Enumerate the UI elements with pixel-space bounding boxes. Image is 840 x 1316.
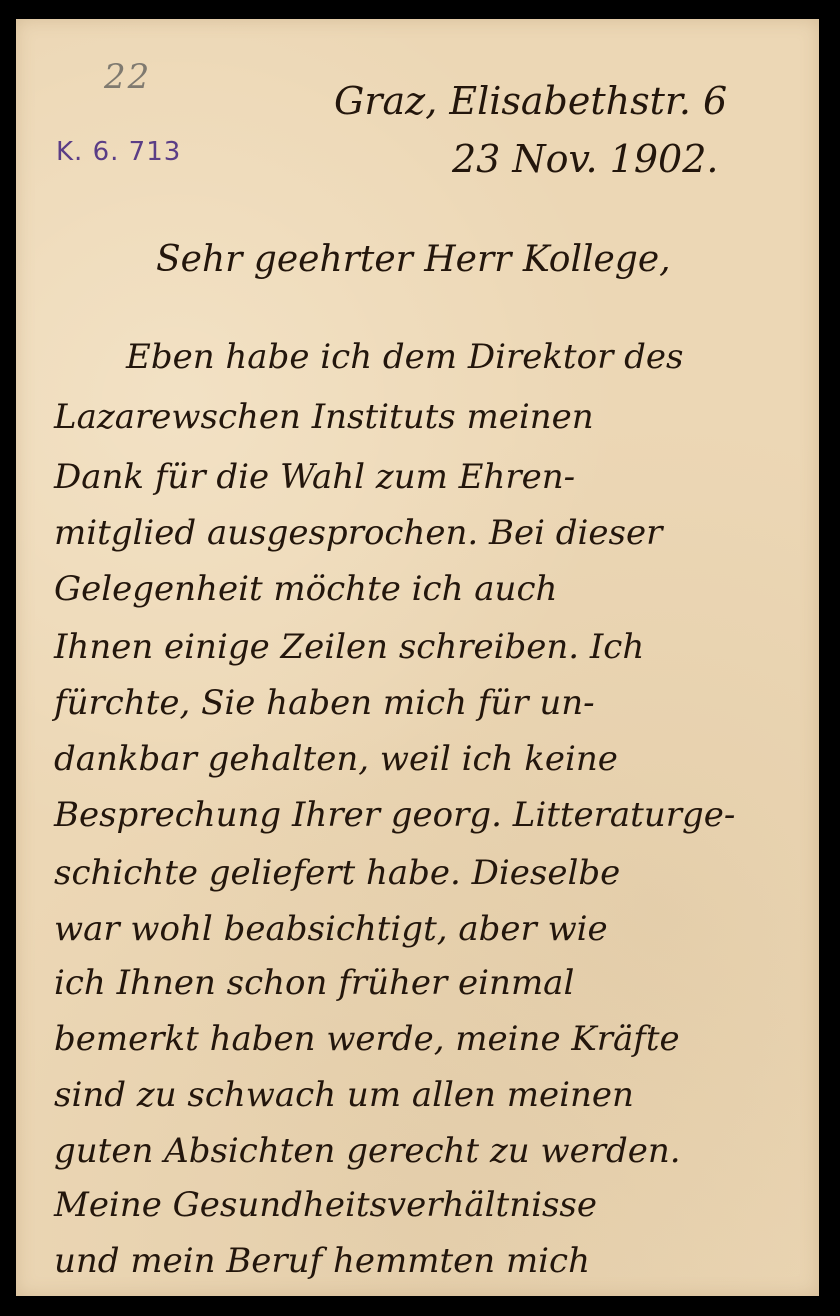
archive-signature-stamp: K. 6. 713 <box>56 137 181 167</box>
letter-salutation: Sehr geehrter Herr Kollege, <box>156 239 671 280</box>
body-line: war wohl beabsichtigt, aber wie <box>54 909 608 949</box>
body-line: ich Ihnen schon früher einmal <box>54 963 574 1003</box>
body-line: fürchte, Sie haben mich für un- <box>54 683 595 723</box>
body-line: Besprechung Ihrer georg. Litteraturge- <box>54 795 735 835</box>
body-line: Dank für die Wahl zum Ehren- <box>54 457 575 497</box>
body-line: mitglied ausgesprochen. Bei dieser <box>54 513 662 553</box>
body-line: Eben habe ich dem Direktor des <box>126 337 683 377</box>
body-line: Gelegenheit möchte ich auch <box>54 569 557 609</box>
body-line: und mein Beruf hemmten mich <box>54 1241 590 1281</box>
letter-date: 23 Nov. 1902. <box>452 137 718 181</box>
body-line: guten Absichten gerecht zu werden. <box>54 1131 681 1171</box>
body-line: Meine Gesundheitsverhältnisse <box>54 1185 597 1225</box>
body-line: Lazarewschen Instituts meinen <box>54 397 594 437</box>
letter-place: Graz, Elisabethstr. 6 <box>334 79 727 123</box>
archive-number-pencil: 22 <box>104 57 151 97</box>
body-line: sind zu schwach um allen meinen <box>54 1075 634 1115</box>
body-line: bemerkt haben werde, meine Kräfte <box>54 1019 680 1059</box>
body-line: schichte geliefert habe. Dieselbe <box>54 853 620 893</box>
body-line: dankbar gehalten, weil ich keine <box>54 739 618 779</box>
letter-page: 22 K. 6. 713 Graz, Elisabethstr. 6 23 No… <box>16 19 819 1296</box>
body-line: Ihnen einige Zeilen schreiben. Ich <box>54 627 644 667</box>
